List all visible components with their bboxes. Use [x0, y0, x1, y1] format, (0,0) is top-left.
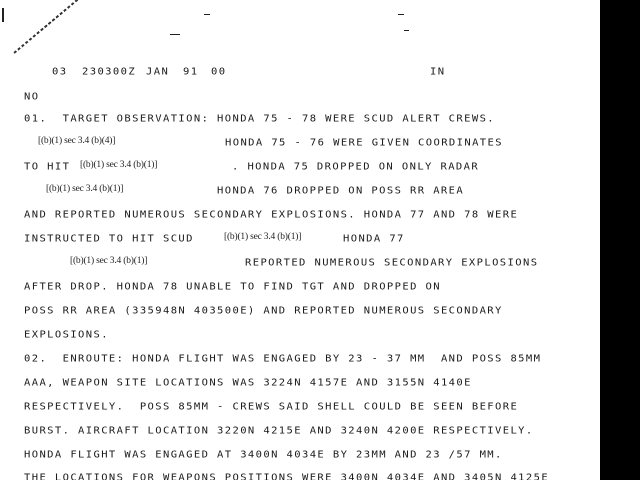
scan-speck [204, 14, 210, 15]
scan-edge-bar [600, 0, 640, 480]
text-line: RESPECTIVELY. POSS 85MM - CREWS SAID SHE… [24, 401, 518, 412]
text-line: HONDA 75 - 76 WERE GIVEN COORDINATES [225, 137, 503, 148]
header-tag: IN [430, 66, 445, 77]
redaction-marker: [(b)(1) sec 3.4 (b)(1)] [70, 256, 147, 266]
text-line: . HONDA 75 DROPPED ON ONLY RADAR [232, 161, 479, 172]
redaction-marker: [(b)(1) sec 3.4 (b)(1)] [224, 232, 301, 242]
text-line: HONDA FLIGHT WAS ENGAGED AT 3400N 4034E … [24, 449, 503, 460]
document-page: 03 230300Z JAN 91 00 IN NO 01. TARGET OB… [0, 0, 600, 480]
header-code: 00 [211, 66, 226, 77]
text-line: EXPLOSIONS. [24, 329, 109, 340]
text-line: POSS RR AREA (335948N 403500E) AND REPOR… [24, 305, 503, 316]
text-line: 02. ENROUTE: HONDA FLIGHT WAS ENGAGED BY… [24, 353, 541, 364]
margin-mark [2, 8, 4, 22]
text-line: 01. TARGET OBSERVATION: HONDA 75 - 78 WE… [24, 113, 495, 124]
text-line: INSTRUCTED TO HIT SCUD [24, 233, 194, 244]
header-year: 91 [183, 66, 198, 77]
header-serial: 03 [52, 66, 67, 77]
scan-speck [398, 14, 404, 15]
text-line: AFTER DROP. HONDA 78 UNABLE TO FIND TGT … [24, 281, 441, 292]
text-line: BURST. AIRCRAFT LOCATION 3220N 4215E AND… [24, 425, 534, 436]
scan-speck [404, 30, 409, 31]
text-line: HONDA 76 DROPPED ON POSS RR AREA [217, 185, 464, 196]
redaction-marker: [(b)(1) sec 3.4 (b)(1)] [46, 184, 123, 194]
redaction-marker: [(b)(1) sec 3.4 (b)(1)] [80, 160, 157, 170]
text-line: REPORTED NUMEROUS SECONDARY EXPLOSIONS [245, 257, 538, 268]
diagonal-stamp [13, 0, 99, 54]
text-line: HONDA 77 [343, 233, 405, 244]
text-line: AAA, WEAPON SITE LOCATIONS WAS 3224N 415… [24, 377, 472, 388]
text-line: TO HIT [24, 161, 70, 172]
header-dtg: 230300Z [82, 66, 136, 77]
text-line: AND REPORTED NUMEROUS SECONDARY EXPLOSIO… [24, 209, 518, 220]
scan-speck [170, 34, 180, 35]
header-no: NO [24, 91, 39, 102]
redaction-marker: [(b)(1) sec 3.4 (b)(4)] [38, 136, 115, 146]
text-line: THE LOCATIONS FOR WEAPONS POSITIONS WERE… [24, 472, 549, 480]
header-month: JAN [146, 66, 169, 77]
